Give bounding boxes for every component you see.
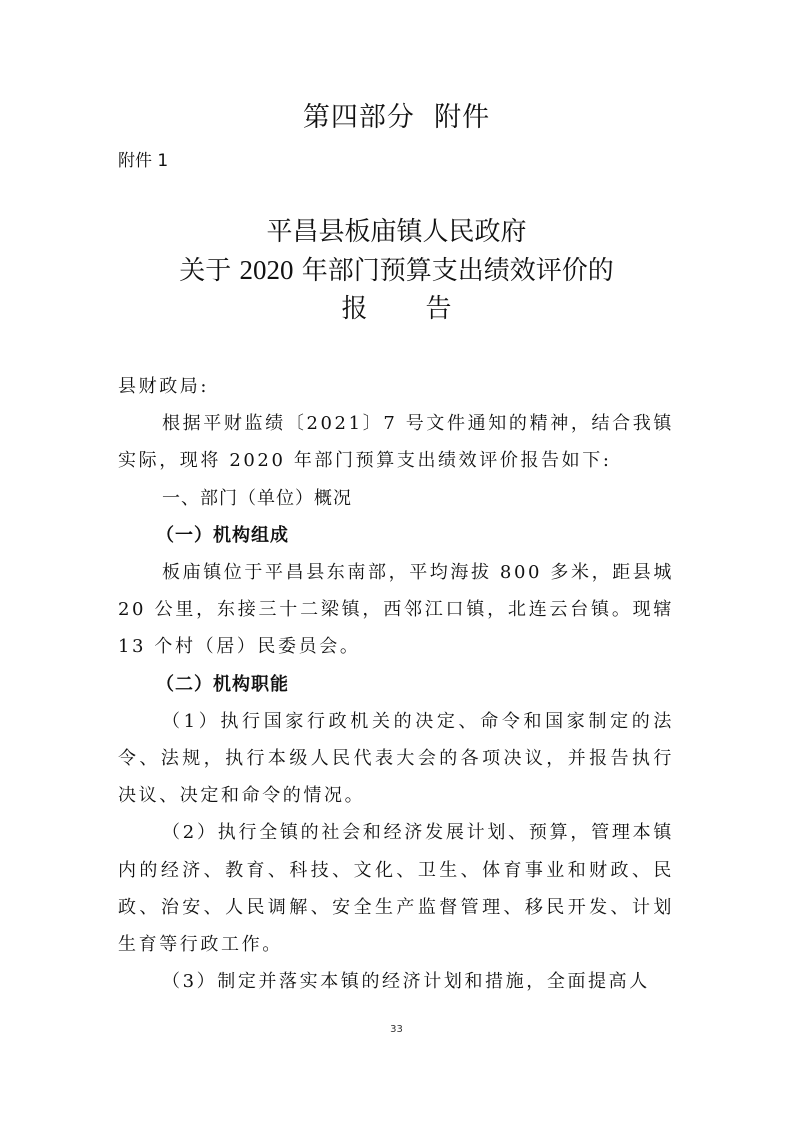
function-item-2: （2）执行全镇的社会和经济发展计划、预算，管理本镇内的经济、教育、科技、文化、卫… [118, 814, 674, 963]
function-item-3: （3）制定并落实本镇的经济计划和措施，全面提高人 [118, 963, 674, 1000]
attachment-label: 附件 1 [118, 148, 168, 174]
report-title-line1: 平昌县板庙镇人民政府 [0, 213, 793, 251]
subsection-heading-functions: （二）机构职能 [118, 666, 674, 703]
report-title-year: 2020 [240, 255, 294, 285]
report-title-line2-suffix: 年部门预算支出绩效评价的 [294, 256, 614, 286]
function-item-1: （1）执行国家行政机关的决定、命令和国家制定的法令、法规，执行本级人民代表大会的… [118, 703, 674, 815]
organization-paragraph: 板庙镇位于平昌县东南部，平均海拔 800 多米，距县城 20 公里，东接三十二梁… [118, 554, 674, 666]
subsection-heading-organization: （一）机构组成 [118, 517, 674, 554]
report-title: 平昌县板庙镇人民政府 关于 2020 年部门预算支出绩效评价的 报告 [0, 213, 793, 328]
addressee: 县财政局: [118, 368, 674, 405]
section-heading-overview: 一、部门（单位）概况 [118, 480, 674, 517]
intro-paragraph: 根据平财监绩〔2021〕7 号文件通知的精神，结合我镇实际，现将 2020 年部… [118, 405, 674, 479]
report-title-line3-text: 报告 [341, 294, 509, 324]
part-title: 第四部分 附件 [0, 98, 793, 138]
report-title-line2-prefix: 关于 [179, 256, 239, 286]
report-title-line2: 关于 2020 年部门预算支出绩效评价的 [0, 251, 793, 290]
report-body: 县财政局: 根据平财监绩〔2021〕7 号文件通知的精神，结合我镇实际，现将 2… [118, 368, 674, 1000]
report-title-line3: 报告 [0, 290, 793, 328]
page-number: 33 [0, 1024, 793, 1035]
